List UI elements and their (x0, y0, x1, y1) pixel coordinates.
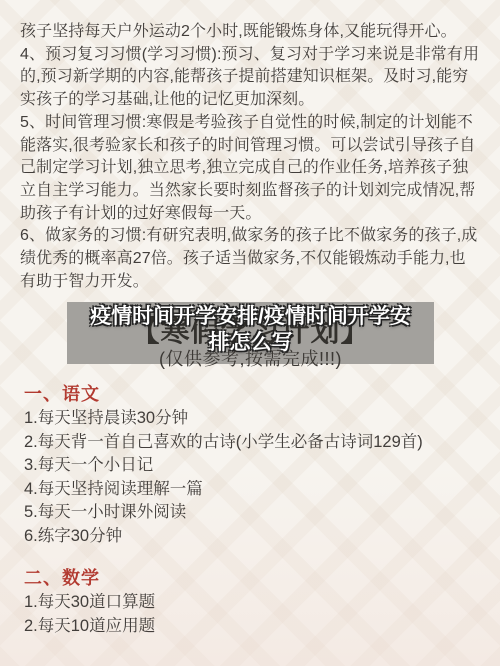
section-title-math: 二、数学 (24, 568, 500, 588)
intro-paragraph: 孩子坚持每天户外运动2个小时,既能锻炼身体,又能玩得开心。 (20, 21, 481, 44)
task-item: 1.每天坚持晨读30分钟 (24, 407, 500, 431)
task-item: 6.练字30分钟 (24, 525, 500, 549)
section-title-chinese: 一、语文 (24, 384, 500, 404)
title-banner: 【寒假学习计划】 疫情时间开学安排/疫情时间开学安排怎么写 (仅供参考,按需完成… (67, 302, 434, 364)
task-item: 2.每天10道应用题 (24, 615, 500, 639)
intro-paragraph: 4、预习复习习惯(学习习惯):预习、复习对于学习来说是非常有用的,预习新学期的内… (20, 44, 481, 112)
task-list-chinese: 1.每天坚持晨读30分钟 2.每天背一首自己喜欢的古诗(小学生必备古诗词129首… (24, 407, 500, 548)
section-math: 二、数学 1.每天30道口算题 2.每天10道应用题 (24, 568, 500, 638)
section-chinese: 一、语文 1.每天坚持晨读30分钟 2.每天背一首自己喜欢的古诗(小学生必备古诗… (24, 384, 500, 548)
poster: 孩子坚持每天户外运动2个小时,既能锻炼身体,又能玩得开心。 4、预习复习习惯(学… (0, 0, 500, 666)
task-item: 1.每天30道口算题 (24, 591, 500, 615)
task-item: 4.每天坚持阅读理解一篇 (24, 478, 500, 502)
intro-paragraph: 6、做家务的习惯:有研究表明,做家务的孩子比不做家务的孩子,成绩优秀的概率高27… (20, 225, 481, 293)
banner-subtitle: (仅供参考,按需完成!!!) (67, 345, 434, 371)
task-item: 5.每天一小时课外阅读 (24, 501, 500, 525)
intro-paragraph: 5、时间管理习惯:寒假是考验孩子自觉性的时候,制定的计划能不能落实,很考验家长和… (20, 112, 481, 226)
intro-text: 孩子坚持每天户外运动2个小时,既能锻炼身体,又能玩得开心。 4、预习复习习惯(学… (20, 21, 481, 293)
task-item: 2.每天背一首自己喜欢的古诗(小学生必备古诗词129首) (24, 431, 500, 455)
task-item: 3.每天一个小日记 (24, 454, 500, 478)
task-list-math: 1.每天30道口算题 2.每天10道应用题 (24, 591, 500, 638)
